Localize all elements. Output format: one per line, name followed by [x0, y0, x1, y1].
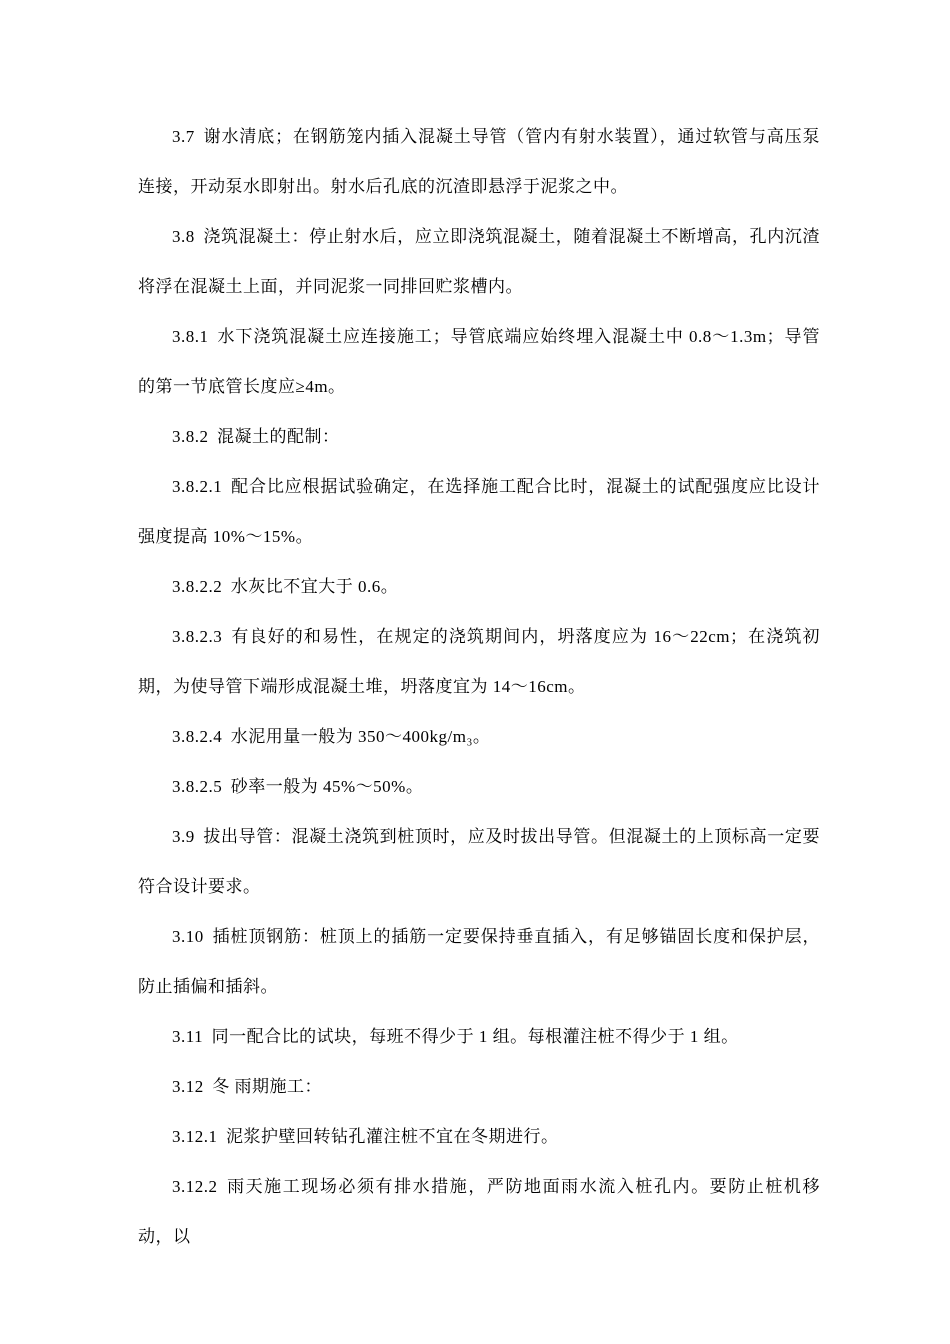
paragraph-3-12-1: 3.12.1泥浆护壁回转钻孔灌注桩不宜在冬期进行。 — [138, 1112, 820, 1162]
paragraph-text: 有良好的和易性，在规定的浇筑期间内，坍落度应为 16～22cm；在浇筑初期，为使… — [138, 627, 820, 696]
paragraph-3-8-2-3: 3.8.2.3有良好的和易性，在规定的浇筑期间内，坍落度应为 16～22cm；在… — [138, 612, 820, 712]
section-number: 3.12.1 — [172, 1127, 218, 1146]
section-number: 3.8.2.5 — [172, 777, 222, 796]
section-number: 3.8 — [172, 227, 195, 246]
paragraph-3-12: 3.12冬 雨期施工： — [138, 1062, 820, 1112]
paragraph-3-8-2: 3.8.2混凝土的配制： — [138, 412, 820, 462]
section-number: 3.8.2 — [172, 427, 209, 446]
paragraph-3-11: 3.11同一配合比的试块，每班不得少于 1 组。每根灌注桩不得少于 1 组。 — [138, 1012, 820, 1062]
section-number: 3.7 — [172, 127, 195, 146]
paragraph-text: 雨天施工现场必须有排水措施，严防地面雨水流入桩孔内。要防止桩机移动，以 — [138, 1177, 820, 1246]
paragraph-text: 水灰比不宜大于 0.6。 — [231, 577, 399, 596]
paragraph-text: 配合比应根据试验确定，在选择施工配合比时，混凝土的试配强度应比设计强度提高 10… — [138, 477, 820, 546]
paragraph-text: 同一配合比的试块，每班不得少于 1 组。每根灌注桩不得少于 1 组。 — [212, 1027, 739, 1046]
paragraph-text: 冬 雨期施工： — [212, 1077, 322, 1096]
document-body: 3.7谢水清底；在钢筋笼内插入混凝土导管（管内有射水装置），通过软管与高压泵连接… — [138, 112, 820, 1262]
paragraph-text: 混凝土的配制： — [217, 427, 340, 446]
paragraph-3-9: 3.9拔出导管：混凝土浇筑到桩顶时，应及时拔出导管。但混凝土的上顶标高一定要符合… — [138, 812, 820, 912]
paragraph-text: 浇筑混凝土：停止射水后，应立即浇筑混凝土，随着混凝土不断增高，孔内沉渣将浮在混凝… — [138, 227, 820, 296]
paragraph-3-8-2-1: 3.8.2.1配合比应根据试验确定，在选择施工配合比时，混凝土的试配强度应比设计… — [138, 462, 820, 562]
paragraph-3-8: 3.8浇筑混凝土：停止射水后，应立即浇筑混凝土，随着混凝土不断增高，孔内沉渣将浮… — [138, 212, 820, 312]
paragraph-text: 拔出导管：混凝土浇筑到桩顶时，应及时拔出导管。但混凝土的上顶标高一定要符合设计要… — [138, 827, 820, 896]
paragraph-3-10: 3.10插桩顶钢筋：桩顶上的插筋一定要保持垂直插入，有足够锚固长度和保护层，防止… — [138, 912, 820, 1012]
paragraph-text: 砂率一般为 45%～50%。 — [231, 777, 424, 796]
paragraph-3-7: 3.7谢水清底；在钢筋笼内插入混凝土导管（管内有射水装置），通过软管与高压泵连接… — [138, 112, 820, 212]
section-number: 3.8.2.2 — [172, 577, 222, 596]
paragraph-text: 插桩顶钢筋：桩顶上的插筋一定要保持垂直插入，有足够锚固长度和保护层，防止插偏和插… — [138, 927, 820, 996]
section-number: 3.12.2 — [172, 1177, 218, 1196]
section-number: 3.8.2.3 — [172, 627, 222, 646]
paragraph-3-8-1: 3.8.1水下浇筑混凝土应连接施工；导管底端应始终埋入混凝土中 0.8～1.3m… — [138, 312, 820, 412]
paragraph-text: 水下浇筑混凝土应连接施工；导管底端应始终埋入混凝土中 0.8～1.3m；导管的第… — [138, 327, 820, 396]
paragraph-text: 谢水清底；在钢筋笼内插入混凝土导管（管内有射水装置），通过软管与高压泵连接，开动… — [138, 127, 820, 196]
paragraph-3-8-2-5: 3.8.2.5砂率一般为 45%～50%。 — [138, 762, 820, 812]
section-number: 3.8.2.4 — [172, 727, 222, 746]
section-number: 3.12 — [172, 1077, 204, 1096]
paragraph-text: 泥浆护壁回转钻孔灌注桩不宜在冬期进行。 — [226, 1127, 559, 1146]
paragraph-3-12-2: 3.12.2雨天施工现场必须有排水措施，严防地面雨水流入桩孔内。要防止桩机移动，… — [138, 1162, 820, 1262]
section-number: 3.9 — [172, 827, 195, 846]
section-number: 3.10 — [172, 927, 204, 946]
paragraph-text: 水泥用量一般为 350～400kg/m₃。 — [231, 727, 491, 746]
paragraph-3-8-2-2: 3.8.2.2水灰比不宜大于 0.6。 — [138, 562, 820, 612]
document-page: 3.7谢水清底；在钢筋笼内插入混凝土导管（管内有射水装置），通过软管与高压泵连接… — [0, 0, 950, 1344]
paragraph-3-8-2-4: 3.8.2.4水泥用量一般为 350～400kg/m₃。 — [138, 712, 820, 762]
section-number: 3.11 — [172, 1027, 203, 1046]
section-number: 3.8.1 — [172, 327, 209, 346]
section-number: 3.8.2.1 — [172, 477, 222, 496]
